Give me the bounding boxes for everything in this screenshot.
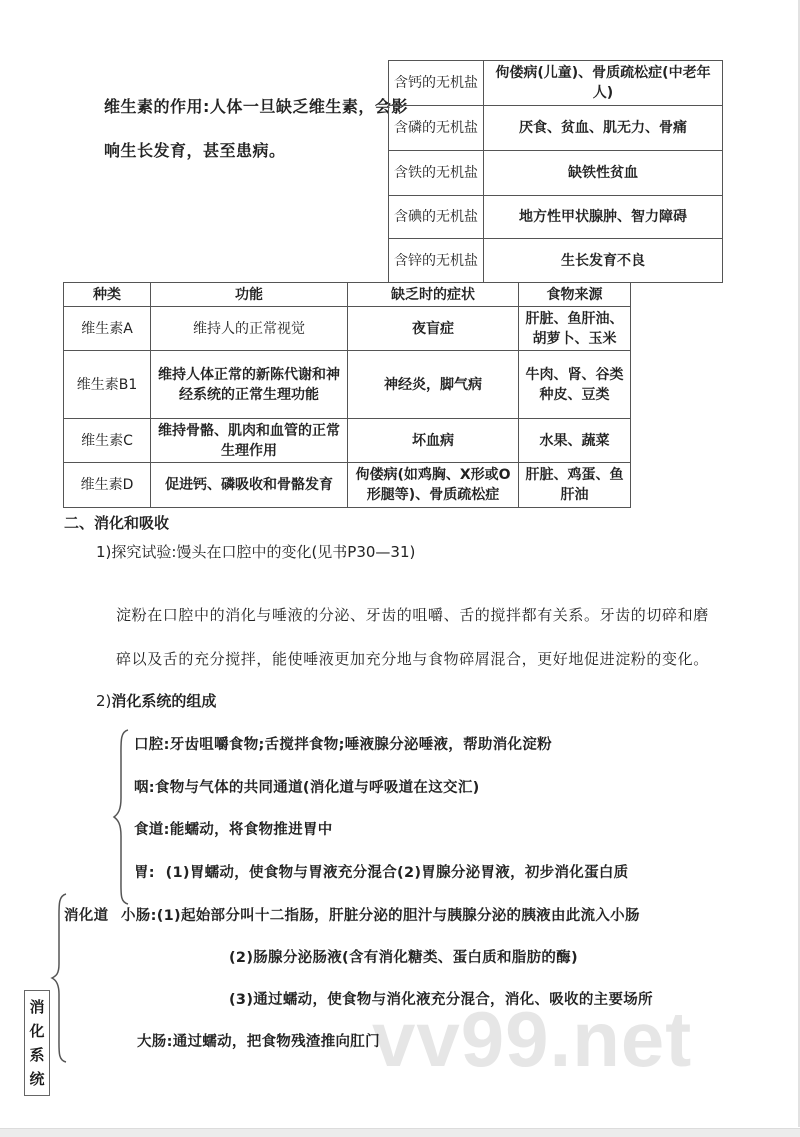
deficiency-cell: 坏血病 bbox=[348, 419, 519, 463]
vitamin-type-cell: 维生素B1 bbox=[64, 351, 151, 419]
subsection-2: 2)消化系统的组成 bbox=[96, 690, 216, 711]
minerals-table: 含钙的无机盐 佝偻病(儿童)、骨质疏松症(中老年人) 含磷的无机盐 厌食、贫血、… bbox=[388, 60, 723, 283]
small-intestine-item-3: (3)通过蠕动，使食物与消化液充分混合，消化、吸收的主要场所 bbox=[229, 988, 653, 1009]
vitamin-type-cell: 维生素D bbox=[64, 463, 151, 508]
label-char: 系 bbox=[29, 1043, 44, 1067]
table-header-row: 种类 功能 缺乏时的症状 食物来源 bbox=[64, 283, 631, 307]
page-bottom-edge bbox=[0, 1128, 800, 1137]
inner-brace-icon bbox=[112, 728, 130, 906]
small-intestine-item-2: (2)肠腺分泌肠液(含有消化糖类、蛋白质和脂肪的酶) bbox=[229, 946, 578, 967]
table-row: 维生素D 促进钙、磷吸收和骨骼发育 佝偻病(如鸡胸、X形或O形腿等)、骨质疏松症… bbox=[64, 463, 631, 508]
deficiency-cell: 神经炎，脚气病 bbox=[348, 351, 519, 419]
vitamin-type-cell: 维生素A bbox=[64, 307, 151, 351]
table-row: 含碘的无机盐 地方性甲状腺肿、智力障碍 bbox=[389, 196, 723, 239]
pharynx-item: 咽:食物与气体的共同通道(消化道与呼吸道在这交汇) bbox=[134, 776, 480, 797]
sources-cell: 肝脏、鱼肝油、胡萝卜、玉米 bbox=[519, 307, 631, 351]
esophagus-item: 食道:能蠕动，将食物推进胃中 bbox=[134, 818, 333, 839]
large-intestine-item: 大肠:通过蠕动，把食物残渣推向肛门 bbox=[137, 1030, 380, 1051]
subsection-1: 1)探究试验:馒头在口腔中的变化(见书P30—31) bbox=[96, 541, 415, 562]
symptom-cell: 缺铁性贫血 bbox=[484, 151, 723, 196]
subsection-2-title: 消化系统的组成 bbox=[111, 692, 216, 710]
symptom-cell: 厌食、贫血、肌无力、骨痛 bbox=[484, 106, 723, 151]
table-row: 维生素A 维持人的正常视觉 夜盲症 肝脏、鱼肝油、胡萝卜、玉米 bbox=[64, 307, 631, 351]
function-cell: 促进钙、磷吸收和骨骼发育 bbox=[151, 463, 348, 508]
function-cell: 维持骨骼、肌肉和血管的正常生理作用 bbox=[151, 419, 348, 463]
table-row: 含钙的无机盐 佝偻病(儿童)、骨质疏松症(中老年人) bbox=[389, 61, 723, 106]
symptom-cell: 地方性甲状腺肿、智力障碍 bbox=[484, 196, 723, 239]
label-char: 化 bbox=[29, 1019, 44, 1043]
mineral-cell: 含钙的无机盐 bbox=[389, 61, 484, 106]
mineral-cell: 含碘的无机盐 bbox=[389, 196, 484, 239]
function-cell: 维持人的正常视觉 bbox=[151, 307, 348, 351]
sources-cell: 肝脏、鸡蛋、鱼肝油 bbox=[519, 463, 631, 508]
table-row: 维生素B1 维持人体正常的新陈代谢和神经系统的正常生理功能 神经炎，脚气病 牛肉… bbox=[64, 351, 631, 419]
table-row: 含磷的无机盐 厌食、贫血、肌无力、骨痛 bbox=[389, 106, 723, 151]
column-header: 种类 bbox=[64, 283, 151, 307]
label-char: 消 bbox=[29, 995, 44, 1019]
sources-cell: 牛肉、肾、谷类种皮、豆类 bbox=[519, 351, 631, 419]
digestive-tract-label: 消化道 bbox=[64, 904, 108, 925]
intro-line-2: 响生长发育，甚至患病。 bbox=[104, 138, 286, 161]
deficiency-cell: 佝偻病(如鸡胸、X形或O形腿等)、骨质疏松症 bbox=[348, 463, 519, 508]
table-row: 含锌的无机盐 生长发育不良 bbox=[389, 239, 723, 283]
mineral-cell: 含磷的无机盐 bbox=[389, 106, 484, 151]
sources-cell: 水果、蔬菜 bbox=[519, 419, 631, 463]
small-intestine-item-1: 小肠:(1)起始部分叫十二指肠，肝脏分泌的胆汁与胰腺分泌的胰液由此流入小肠 bbox=[121, 904, 640, 925]
paragraph-line-2: 碎以及舌的充分搅拌，能使唾液更加充分地与食物碎屑混合，更好地促进淀粉的变化。 bbox=[116, 648, 709, 669]
stomach-item: 胃: (1)胃蠕动，使食物与胃液充分混合(2)胃腺分泌胃液，初步消化蛋白质 bbox=[134, 861, 628, 882]
deficiency-cell: 夜盲症 bbox=[348, 307, 519, 351]
digestive-system-label-box: 消 化 系 统 bbox=[24, 990, 50, 1096]
function-cell: 维持人体正常的新陈代谢和神经系统的正常生理功能 bbox=[151, 351, 348, 419]
intro-line-1: 维生素的作用:人体一旦缺乏维生素，会影 bbox=[104, 94, 408, 117]
vitamin-table: 种类 功能 缺乏时的症状 食物来源 维生素A 维持人的正常视觉 夜盲症 肝脏、鱼… bbox=[63, 282, 631, 508]
column-header: 缺乏时的症状 bbox=[348, 283, 519, 307]
mineral-cell: 含锌的无机盐 bbox=[389, 239, 484, 283]
section-title: 二、消化和吸收 bbox=[64, 512, 169, 533]
subsection-2-prefix: 2) bbox=[96, 692, 111, 710]
symptom-cell: 生长发育不良 bbox=[484, 239, 723, 283]
table-row: 维生素C 维持骨骼、肌肉和血管的正常生理作用 坏血病 水果、蔬菜 bbox=[64, 419, 631, 463]
vitamin-type-cell: 维生素C bbox=[64, 419, 151, 463]
column-header: 功能 bbox=[151, 283, 348, 307]
table-row: 含铁的无机盐 缺铁性贫血 bbox=[389, 151, 723, 196]
paragraph-line-1: 淀粉在口腔中的消化与唾液的分泌、牙齿的咀嚼、舌的搅拌都有关系。牙齿的切碎和磨 bbox=[116, 604, 709, 625]
mineral-cell: 含铁的无机盐 bbox=[389, 151, 484, 196]
column-header: 食物来源 bbox=[519, 283, 631, 307]
mouth-item: 口腔:牙齿咀嚼食物;舌搅拌食物;唾液腺分泌唾液，帮助消化淀粉 bbox=[134, 733, 552, 754]
label-char: 统 bbox=[29, 1067, 44, 1091]
symptom-cell: 佝偻病(儿童)、骨质疏松症(中老年人) bbox=[484, 61, 723, 106]
